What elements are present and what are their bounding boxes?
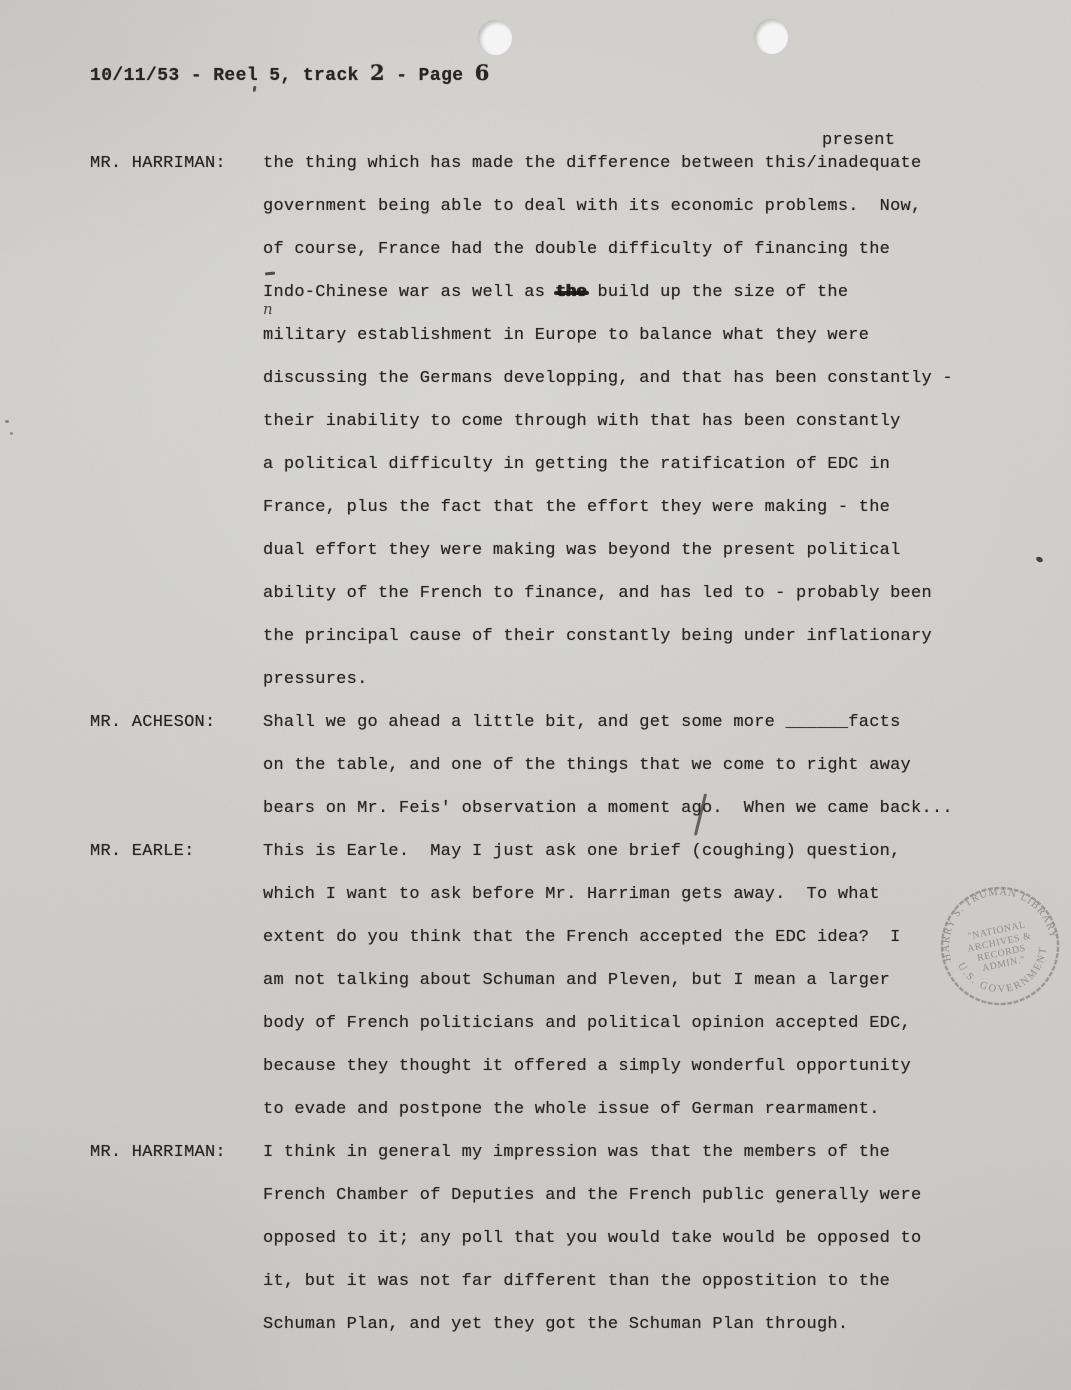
transcript-line: military establishment in Europe to bala… xyxy=(263,326,869,345)
handwritten-numeral: 2 xyxy=(370,60,385,85)
transcript-line: which I want to ask before Mr. Harriman … xyxy=(263,885,880,904)
ink-speck xyxy=(5,420,9,423)
transcript-line: their inability to come through with tha… xyxy=(263,412,901,431)
transcript-line: government being able to deal with its e… xyxy=(263,197,921,216)
ink-speck xyxy=(253,86,257,92)
document-page: 10/11/53 - Reel 5, track 2 - Page 6 pres… xyxy=(0,0,1071,1390)
transcript-line: of course, France had the double difficu… xyxy=(263,240,890,259)
transcript-line: bears on Mr. Feis' observation a moment … xyxy=(263,799,953,818)
transcript-line: discussing the Germans developping, and … xyxy=(263,369,953,388)
transcript-line: French Chamber of Deputies and the Frenc… xyxy=(263,1186,921,1205)
ink-speck xyxy=(1035,556,1043,563)
transcript-line: France, plus the fact that the effort th… xyxy=(263,498,890,517)
punch-hole-icon xyxy=(479,21,512,55)
transcript-line: dual effort they were making was beyond … xyxy=(263,541,901,560)
transcript-line: ability of the French to finance, and ha… xyxy=(263,584,932,603)
struck-word: the xyxy=(556,283,587,302)
transcript-line: am not talking about Schuman and Pleven,… xyxy=(263,971,890,990)
ink-speck xyxy=(10,432,13,435)
handwritten-n-mark: n xyxy=(263,300,273,318)
transcript-line: Indo-Chinese war as well as the build up… xyxy=(263,283,848,302)
transcript-line: the principal cause of their constantly … xyxy=(263,627,932,646)
transcript-line: it, but it was not far different than th… xyxy=(263,1272,890,1291)
transcript-line: to evade and postpone the whole issue of… xyxy=(263,1100,880,1119)
page-header: 10/11/53 - Reel 5, track 2 - Page 6 xyxy=(90,60,490,86)
speaker-label: MR. EARLE: xyxy=(90,842,195,861)
transcript-line: because they thought it offered a simply… xyxy=(263,1057,911,1076)
transcript-line: Shall we go ahead a little bit, and get … xyxy=(263,713,901,732)
transcript-line: pressures. xyxy=(263,670,368,689)
transcript-line: on the table, and one of the things that… xyxy=(263,756,911,775)
transcript-line: I think in general my impression was tha… xyxy=(263,1143,890,1162)
punch-hole-icon xyxy=(755,20,788,54)
transcript-line: the thing which has made the difference … xyxy=(263,154,921,173)
speaker-label: MR. HARRIMAN: xyxy=(90,154,226,173)
transcript-line: opposed to it; any poll that you would t… xyxy=(263,1229,921,1248)
pen-dash-mark xyxy=(265,271,275,275)
inserted-word-annotation: present xyxy=(822,131,895,150)
transcript-line: extent do you think that the French acce… xyxy=(263,928,901,947)
speaker-label: MR. ACHESON: xyxy=(90,713,215,732)
transcript-line: body of French politicians and political… xyxy=(263,1014,911,1033)
speaker-label: MR. HARRIMAN: xyxy=(90,1143,226,1162)
transcript-line: a political difficulty in getting the ra… xyxy=(263,455,890,474)
transcript-line: Schuman Plan, and yet they got the Schum… xyxy=(263,1315,848,1334)
handwritten-numeral: 6 xyxy=(475,60,490,85)
transcript-line: This is Earle. May I just ask one brief … xyxy=(263,842,901,861)
archive-stamp: HARRY S. TRUMAN LIBRARY U.S. GOVERNMENT … xyxy=(922,868,1071,1025)
